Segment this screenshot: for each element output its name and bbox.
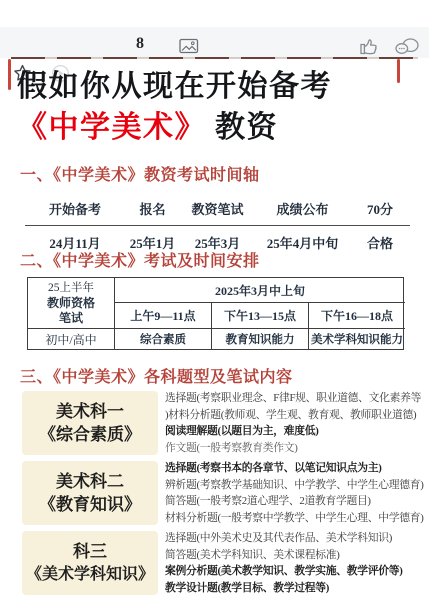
- question-type-line: 选择题(考察职业理念、F律F规、职业道德、文化素养等: [165, 390, 421, 407]
- subject1-content: 选择题(考察职业理念、F律F规、职业道德、文化素养等 )材料分析题(教师观、学生…: [158, 390, 421, 456]
- schedule-label-line: 笔试: [59, 311, 83, 326]
- thumbs-up-icon[interactable]: [359, 36, 381, 56]
- title-suffix: 教资: [215, 111, 278, 144]
- section3-heading: 三、《中学美术》各科题型及笔试内容: [20, 364, 293, 387]
- subject-name-line: 美术科二: [56, 470, 124, 493]
- subject1-name: 美术科一 《综合素质》: [22, 391, 158, 455]
- subject-block-3: 科三 《美术学科知识》 选择题(中外美术史及其代表作品、美术学科知识) 简答题(…: [22, 530, 425, 596]
- title-highlight: 《中学美术》: [17, 111, 206, 144]
- subject-blocks: 美术科一 《综合素质》 选择题(考察职业理念、F律F规、职业道德、文化素养等 )…: [22, 390, 425, 600]
- question-type-line: 作文题(一般考察教育类作文): [165, 440, 421, 457]
- timeline-header: 70分: [350, 199, 410, 218]
- question-type-line: 案例分析题(美术教学知识、教学实施、教学评价等): [165, 563, 403, 580]
- image-icon[interactable]: [179, 37, 199, 55]
- timeline-header: 教资笔试: [180, 199, 255, 218]
- comment-icon[interactable]: [394, 37, 420, 57]
- schedule-level-cell: 初中/高中: [28, 328, 114, 349]
- timeline-header: 开始备考: [25, 199, 125, 218]
- schedule-exam-label: 25上半年 教师资格 笔试: [28, 278, 114, 328]
- schedule-date-cell: 2025年3月中上旬: [114, 278, 405, 302]
- subject-block-2: 美术科二 《教育知识》 选择题(考察书本的各章节、以笔记知识点为主) 辨析题(考…: [22, 460, 425, 526]
- schedule-time-cell: 上午9—11点: [114, 302, 211, 328]
- subject-name-line: 《教育知识》: [39, 493, 141, 516]
- question-type-line: 简答题(美术学科知识、美术课程标准): [165, 547, 403, 564]
- subject-name-line: 美术科一: [56, 400, 124, 423]
- timeline-header: 成绩公布: [255, 199, 350, 218]
- question-type-line: 教学设计题(教学目标、教学过程等): [165, 580, 403, 597]
- subject3-content: 选择题(中外美术史及其代表作品、美术学科知识) 简答题(美术学科知识、美术课程标…: [158, 530, 403, 596]
- subject2-name: 美术科二 《教育知识》: [22, 461, 158, 525]
- schedule-table: 25上半年 教师资格 笔试 2025年3月中上旬 上午9—11点 下午13—15…: [27, 277, 404, 350]
- subject3-name: 科三 《美术学科知识》: [22, 531, 158, 595]
- schedule-time-cell: 下午13—15点: [211, 302, 308, 328]
- subject-name-line: 《美术学科知识》: [26, 563, 154, 586]
- question-type-line: 材料分析题(一般考察中学教学、中学生心理、中学德育): [165, 510, 424, 527]
- subject-block-1: 美术科一 《综合素质》 选择题(考察职业理念、F律F规、职业道德、文化素养等 )…: [22, 390, 425, 456]
- schedule-label-line: 25上半年: [48, 281, 94, 296]
- subject-name-line: 《综合素质》: [39, 423, 141, 446]
- section2-heading: 二、《中学美术》考试及时间安排: [20, 248, 260, 271]
- question-type-line: 简答题(一般考察2道心理学、2道教育学题目): [165, 493, 424, 510]
- card-left-corner: [8, 59, 11, 90]
- section1-heading: 一、《中学美术》教资考试时间轴: [20, 162, 260, 185]
- schedule-label-line: 教师资格: [47, 296, 95, 311]
- timeline-cell: 合格: [350, 233, 410, 252]
- question-type-line: 选择题(中外美术史及其代表作品、美术学科知识): [165, 530, 403, 547]
- question-type-line: 阅读理解题(以题目为主，难度低): [165, 423, 421, 440]
- schedule-time-cell: 下午16—18点: [308, 302, 405, 328]
- schedule-subject-cell: 美术学科知识能力: [308, 328, 405, 349]
- subject-name-line: 科三: [73, 540, 107, 563]
- question-type-line: )材料分析题(教师观、学生观、教育观、教师职业道德): [165, 407, 421, 424]
- page-title: 假如你从现在开始备考 《中学美术》教资: [17, 66, 417, 148]
- timeline-table: 开始备考 报名 教资笔试 成绩公布 70分 24月11月 25年1月 25年3月…: [25, 199, 410, 252]
- timeline-cell: 25年4月中旬: [255, 233, 350, 252]
- schedule-subject-cell: 综合素质: [114, 328, 211, 349]
- timeline-header: 报名: [125, 199, 180, 218]
- subject2-content: 选择题(考察书本的各章节、以笔记知识点为主) 辨析题(考察教学基础知识、中学教学…: [158, 460, 424, 526]
- question-type-line: 选择题(考察书本的各章节、以笔记知识点为主): [165, 460, 424, 477]
- page-count: 8: [136, 35, 144, 53]
- schedule-subject-cell: 教育知识能力: [211, 328, 308, 349]
- question-type-line: 辨析题(考察教学基础知识、中学教学、中学生心理德育): [165, 477, 424, 494]
- title-line2: 《中学美术》教资: [17, 107, 417, 148]
- card-top-border: [11, 57, 418, 59]
- timeline-header-row: 开始备考 报名 教资笔试 成绩公布 70分: [25, 199, 410, 226]
- title-line1: 假如你从现在开始备考: [17, 66, 417, 107]
